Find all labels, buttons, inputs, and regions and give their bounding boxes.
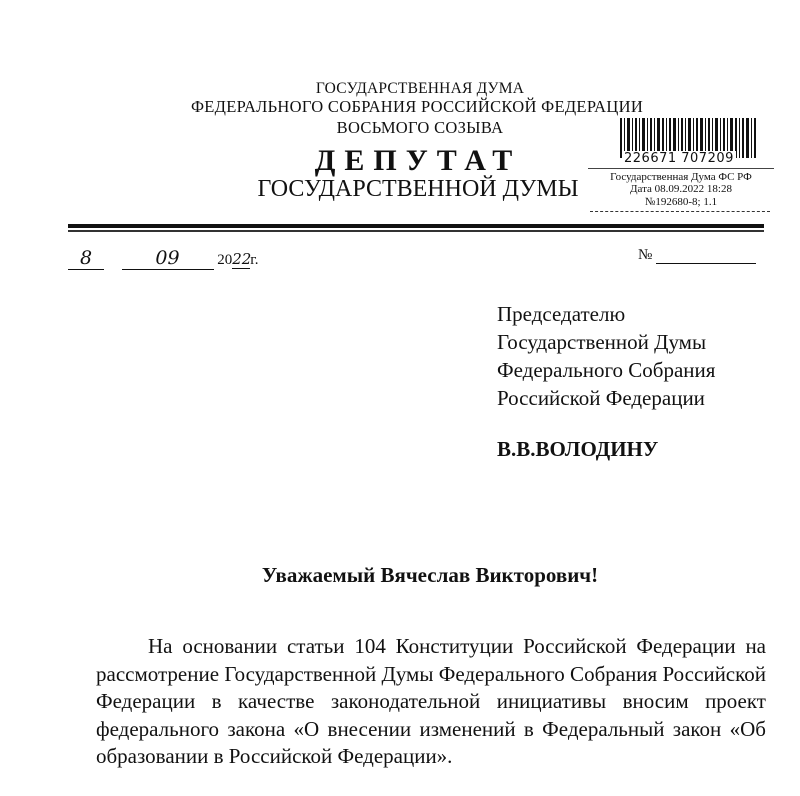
salutation: Уважаемый Вячеслав Викторович! — [30, 563, 800, 588]
date-month: 09 — [122, 247, 214, 270]
header-rule-thin — [68, 230, 764, 232]
recipient-line: Федерального Собрания — [497, 356, 715, 384]
letterhead-line-federal-assembly: ФЕДЕРАЛЬНОГО СОБРАНИЯ РОССИЙСКОЙ ФЕДЕРАЦ… — [17, 97, 800, 117]
outgoing-number-field: № — [638, 247, 756, 264]
barcode-number: 226671 707209 — [622, 151, 736, 166]
number-label: № — [638, 247, 652, 263]
recipient-name: В.В.ВОЛОДИНУ — [497, 437, 658, 462]
date-year-unit: г. — [250, 252, 258, 268]
stamp-reg-number: №192680-8; 1.1 — [588, 195, 774, 209]
recipient-block: Председателю Государственной Думы Федера… — [497, 300, 715, 412]
stamp-date: Дата 08.09.2022 18:28 — [588, 182, 774, 196]
date-year-suffix: 22 — [232, 250, 250, 269]
date-year-prefix: 20 — [217, 252, 232, 268]
stamp-divider — [590, 211, 770, 213]
body-paragraph: На основании статьи 104 Конституции Росс… — [96, 633, 766, 771]
header-rule-thick — [68, 224, 764, 228]
date-day: 8 — [68, 247, 104, 270]
recipient-line: Государственной Думы — [497, 328, 715, 356]
date-field: 8 09 2022г. — [68, 247, 258, 270]
number-value — [656, 247, 756, 264]
recipient-line: Российской Федерации — [497, 384, 715, 412]
letter-body: На основании статьи 104 Конституции Росс… — [96, 633, 766, 771]
recipient-line: Председателю — [497, 300, 715, 328]
letterhead-line-duma: ГОСУДАРСТВЕННАЯ ДУМА — [20, 80, 800, 98]
